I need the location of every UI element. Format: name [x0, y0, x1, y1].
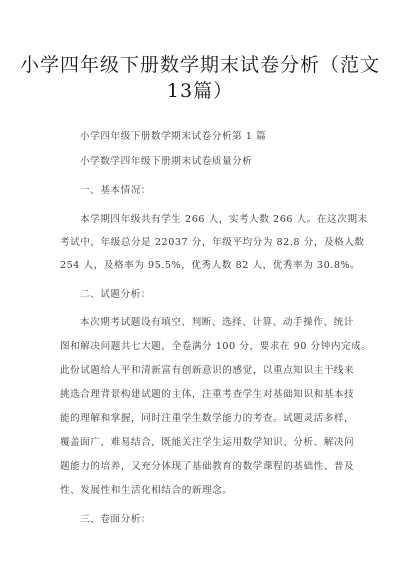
paragraph-line: 挑选合理背景构建试题的主体，注重考查学生对基础知识和基本技 — [60, 386, 344, 400]
article-subtitle: 小学数学四年级下册期末试卷质量分析 — [80, 153, 364, 167]
section-heading-3: 三、卷面分析： — [80, 511, 364, 525]
article-heading: 小学四年级下册数学期末试卷分析第 1 篇 — [80, 128, 364, 142]
paragraph-line: 题能力的培养，又充分体现了基础教育的数学课程的基础性、普及 — [60, 458, 344, 472]
paragraph-line: 本次期考试题设有填空、判断、选择、计算、动手操作、统计 — [80, 314, 344, 328]
paragraph-line: 图和解决问题共七大题，全卷满分 100 分，要求在 90 分钟内完成。 — [60, 338, 344, 352]
paragraph-line: 此份试题给人平和清新富有创新意识的感觉，以重点知识主干线来 — [60, 362, 344, 376]
document-title-line2: 13篇） — [0, 76, 400, 103]
paragraph-line: 254 人，及格率为 95.5%，优秀人数 82 人，优秀率为 30.8%。 — [60, 257, 344, 271]
document-title-line1: 小学四年级下册数学期末试卷分析（范文 — [0, 50, 400, 77]
paragraph-line: 考试中，年级总分是 22037 分，年级平均分为 82.8 分，及格人数 — [60, 234, 344, 248]
section-heading-2: 二、试题分析： — [80, 286, 364, 300]
paragraph-line: 性、发展性和生活化相结合的新理念。 — [60, 482, 344, 496]
paragraph-line: 覆盖面广，难易结合，既能关注学生运用数学知识、分析、解决问 — [60, 434, 344, 448]
paragraph-line: 本学期四年级共有学生 266 人，实考人数 266 人。在这次期末 — [80, 211, 344, 225]
paragraph-line: 能的理解和掌握，同时注重学生数学能力的考查。试题灵活多样， — [60, 410, 344, 424]
section-heading-1: 一、基本情况： — [80, 182, 364, 196]
